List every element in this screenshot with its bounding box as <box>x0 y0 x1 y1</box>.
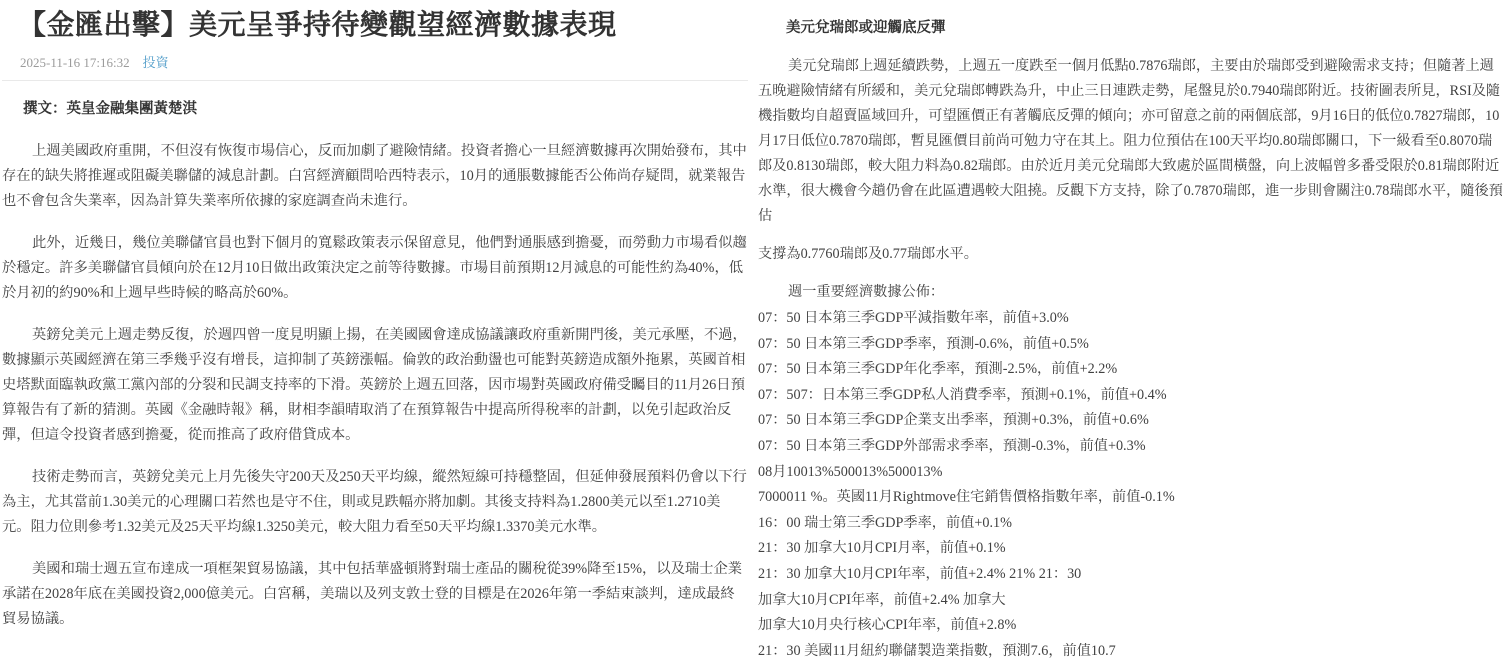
article-second-column: 美元兌瑞郎或迎觸底反彈 美元兌瑞郎上週延續跌勢，上週五一度跌至一個月低點0.78… <box>758 0 1505 662</box>
calendar-item: 加拿大10月央行核心CPI年率，前值+2.8% <box>758 613 1505 639</box>
calendar-item: 加拿大10月CPI年率，前值+2.4% 加拿大 <box>758 588 1505 614</box>
article-paragraph: 上週美國政府重開，不但沒有恢復市場信心，反而加劇了避險情緒。投資者擔心一旦經濟數… <box>2 139 748 214</box>
calendar-intro: 週一重要經濟數據公佈： <box>758 280 1505 305</box>
article-paragraph: 技術走勢而言，英鎊兌美元上月先後失守200天及250天平均線，縱然短線可持穩整固… <box>2 465 748 540</box>
article-meta: 2025-11-16 17:16:32投資 <box>20 54 748 71</box>
section-paragraph-continuation: 支撐為0.7760瑞郎及0.77瑞郎水平。 <box>758 242 1505 267</box>
calendar-item: 07：507：日本第三季GDP私人消費季率，預測+0.1%，前值+0.4% <box>758 383 1505 409</box>
byline: 撰文：英皇金融集團黃楚淇 <box>23 97 748 122</box>
calendar-item: 16：00 瑞士第三季GDP季率，前值+0.1% <box>758 511 1505 537</box>
article-page: 【金匯出擊】美元呈爭持待變觀望經濟數據表現 2025-11-16 17:16:3… <box>0 0 1505 662</box>
calendar-item: 07：50 日本第三季GDP年化季率，預測-2.5%，前值+2.2% <box>758 357 1505 383</box>
calendar-item: 07：50 日本第三季GDP外部需求季率，預測-0.3%，前值+0.3% <box>758 434 1505 460</box>
calendar-item: 07：50 日本第三季GDP平減指數年率，前值+3.0% <box>758 306 1505 332</box>
calendar-item: 21：30 加拿大10月CPI年率，前值+2.4% 21% 21：30 <box>758 562 1505 588</box>
calendar-item: 07：50 日本第三季GDP企業支出季率，預測+0.3%，前值+0.6% <box>758 408 1505 434</box>
category-link[interactable]: 投資 <box>143 55 169 70</box>
calendar-item: 07：50 日本第三季GDP季率，預測-0.6%，前值+0.5% <box>758 332 1505 358</box>
article-paragraph: 美國和瑞士週五宣布達成一項框架貿易協議，其中包括華盛頓將對瑞士產品的關稅從39%… <box>2 557 748 632</box>
calendar-item: 08月10013%500013%500013% <box>758 460 1505 486</box>
calendar-list: 07：50 日本第三季GDP平減指數年率，前值+3.0%07：50 日本第三季G… <box>758 306 1505 662</box>
section-paragraph: 美元兌瑞郎上週延續跌勢，上週五一度跌至一個月低點0.7876瑞郎，主要由於瑞郎受… <box>758 54 1505 229</box>
page-title: 【金匯出擊】美元呈爭持待變觀望經濟數據表現 <box>18 8 748 44</box>
article-paragraph: 英鎊兌美元上週走勢反復，於週四曾一度見明顯上揚，在美國國會達成協議讓政府重新開門… <box>2 323 748 448</box>
article-body: 上週美國政府重開，不但沒有恢復市場信心，反而加劇了避險情緒。投資者擔心一旦經濟數… <box>2 139 748 632</box>
article-main-column: 【金匯出擊】美元呈爭持待變觀望經濟數據表現 2025-11-16 17:16:3… <box>2 0 748 632</box>
calendar-item: 21：30 美國11月紐約聯儲製造業指數，預測7.6，前值10.7 <box>758 639 1505 662</box>
calendar-item: 21：30 加拿大10月CPI月率，前值+0.1% <box>758 536 1505 562</box>
calendar-item: 7000011 %。英國11月Rightmove住宅銷售價格指數年率，前值-0.… <box>758 485 1505 511</box>
divider <box>2 80 748 81</box>
publish-date: 2025-11-16 17:16:32 <box>20 55 130 70</box>
section-heading: 美元兌瑞郎或迎觸底反彈 <box>758 16 1505 41</box>
article-paragraph: 此外，近幾日，幾位美聯儲官員也對下個月的寬鬆政策表示保留意見，他們對通脹感到擔憂… <box>2 231 748 306</box>
